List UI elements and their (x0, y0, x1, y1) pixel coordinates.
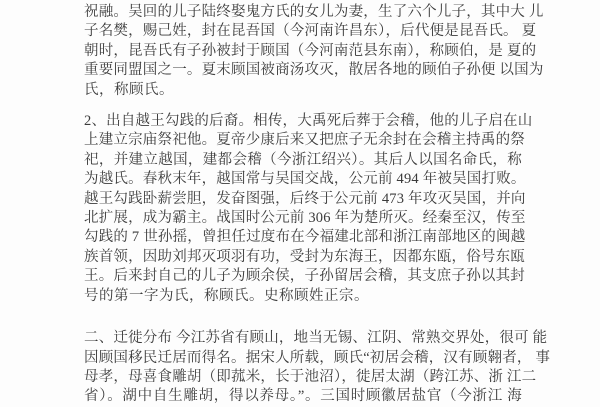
text-line: 王。后来封自己的儿子为顾余侯，子孙留居会稽，其支庶子孙以其封 (84, 267, 522, 286)
paragraph-origin-2: 2、出自越王勾践的后裔。相传，大禹死后葬于会稽，他的儿子启在山 上建立宗庙祭祀他… (84, 112, 522, 306)
paragraph-origin-1: 祝融。吴回的儿子陆终娶鬼方氏的女儿为妻，生了六个儿子，其中大 儿 子名樊，赐己姓… (84, 3, 522, 100)
scanned-document-page: { "document": { "type": "scanned-text-pa… (0, 0, 600, 400)
text-line: 越王勾践卧薪尝胆，发奋图强，后终于公元前 473 年攻灭吴国，并向 (84, 190, 522, 209)
text-line: 母孝，母喜食雕胡（即菰米，长于池沼），徙居太湖（跨江苏、浙 江二 (84, 368, 522, 387)
text-line: 为越氏。春秋末年，越国常与吴国交战，公元前 494 年被吴国打败。 (84, 170, 522, 189)
paragraph-migration: 二、迁徙分布 今江苏省有顾山，地当无锡、江阴、常熟交界处，很可 能 因顾国移民迁… (84, 329, 522, 400)
text-line: 因顾国移民迁居而得名。据宋人所载，顾氏“初居会稽，汉有顾翱者， 事 (84, 349, 522, 368)
text-line: 北扩展，成为霸主。战国时公元前 306 年为楚所灭。经秦至汉，传至 (84, 209, 522, 228)
text-line: 祀，并建立越国，建都会稽（今浙江绍兴）。其后人以国名命氏，称 (84, 151, 522, 170)
text-line: 勾践的 7 世孙摇，曾担任过度布在今福建北部和浙江南部地区的闽越 (84, 228, 522, 247)
text-line: 重要同盟国之一。夏末顾国被商汤攻灭，散居各地的顾伯子孙便 以国为 (84, 61, 522, 80)
text-line: 号的第一字为氏，称顾氏。史称顾姓正宗。 (84, 287, 522, 306)
text-line: 上建立宗庙祭祀他。夏帝少康后来又把庶子无余封在会稽主持禹的祭 (84, 131, 522, 150)
text-line: 省）。湖中自生雕胡，得以养母。”。三国时顾徽居盐官（今浙江 海 (84, 387, 522, 400)
text-line: 2、出自越王勾践的后裔。相传，大禹死后葬于会稽，他的儿子启在山 (84, 112, 522, 131)
text-line: 朝时，昆吾氏有子孙被封于顾国（今河南范县东南），称顾伯，是 夏的 (84, 42, 522, 61)
text-line: 族首领，因助刘邦灭项羽有功，受封为东海王，因都东瓯，俗号东瓯 (84, 248, 522, 267)
text-line: 祝融。吴回的儿子陆终娶鬼方氏的女儿为妻，生了六个儿子，其中大 儿 (84, 3, 522, 22)
text-line: 氏，称顾氏。 (84, 81, 522, 100)
text-line: 二、迁徙分布 今江苏省有顾山，地当无锡、江阴、常熟交界处，很可 能 (84, 329, 522, 348)
text-line: 子名樊，赐己姓，封在昆吾国（今河南许昌东），后代便是昆吾氏。 夏 (84, 22, 522, 41)
document-text-block: 祝融。吴回的儿子陆终娶鬼方氏的女儿为妻，生了六个儿子，其中大 儿 子名樊，赐己姓… (84, 3, 522, 400)
